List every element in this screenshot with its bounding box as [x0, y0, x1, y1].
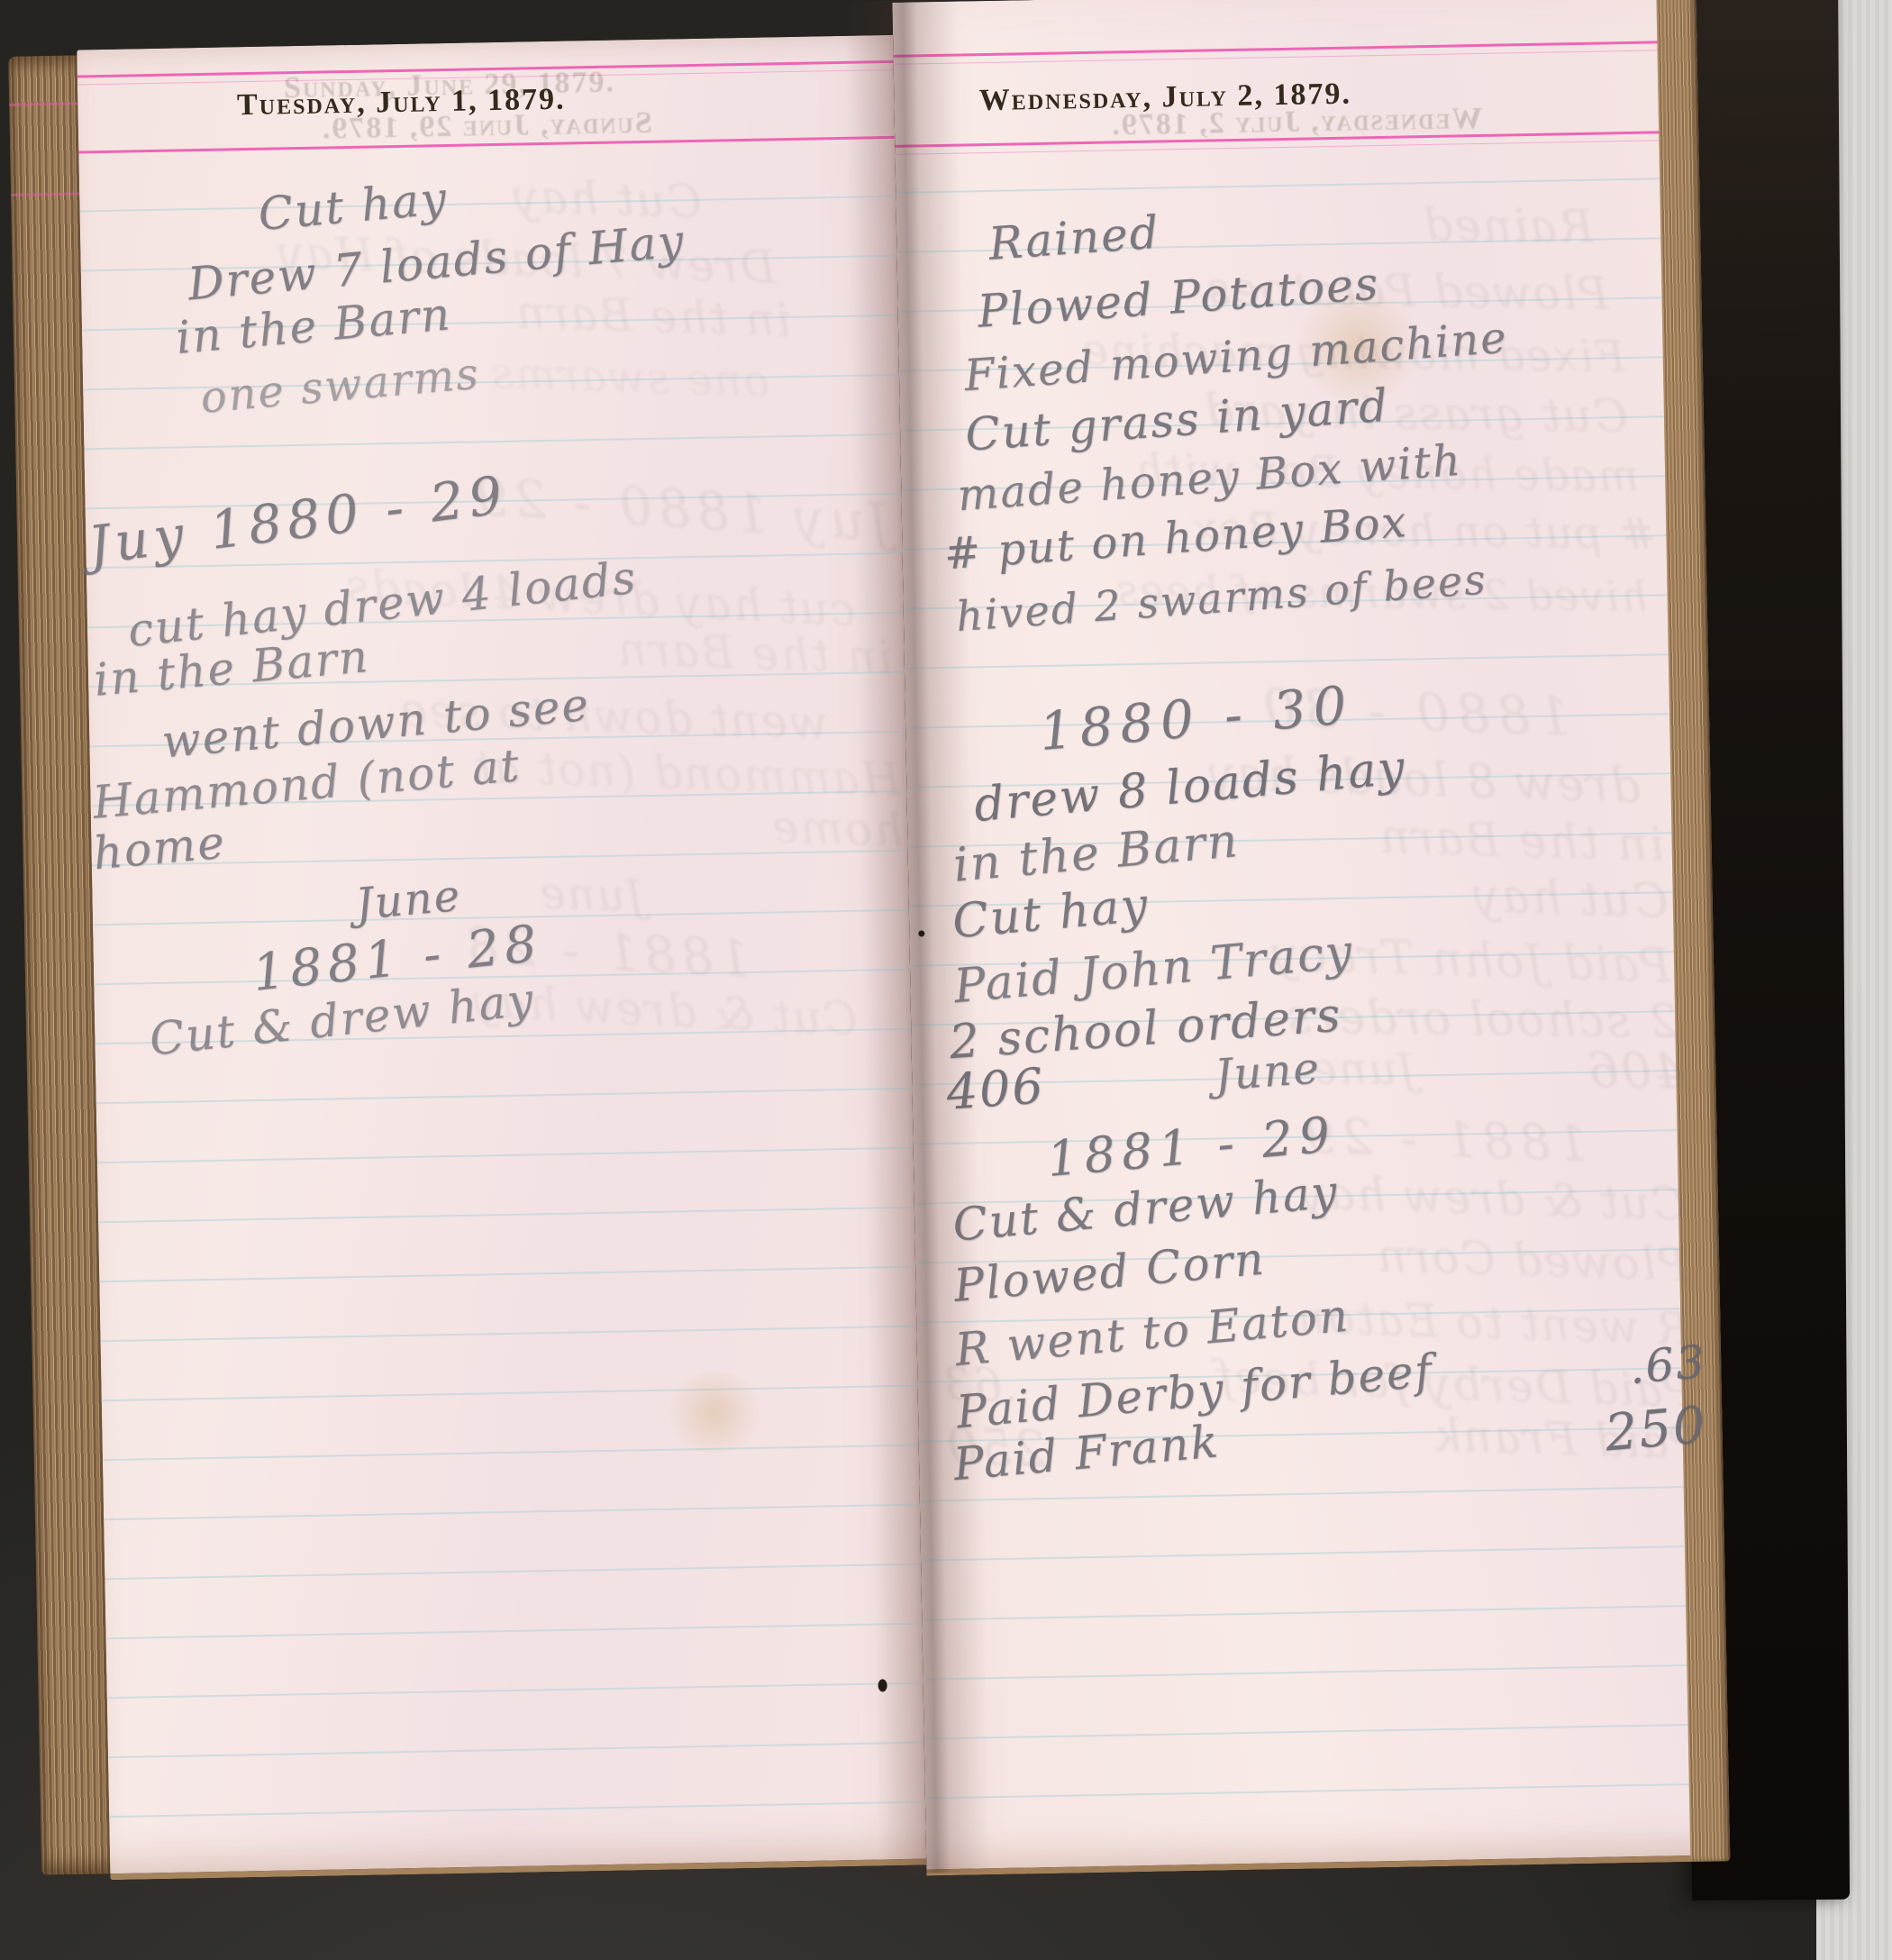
handwritten-line: cut hay drew 4 loads — [125, 552, 640, 658]
handwritten-line: one swarms — [198, 349, 482, 424]
handwriting-right: RainedPlowed PotatoesFixed mowing machin… — [892, 0, 1730, 1870]
handwritten-line: Juy 1880 - 29 — [85, 464, 510, 577]
handwritten-line: Cut hay — [256, 172, 450, 241]
diary-page-right: Wednesday, July 2, 1879. Wednesday, July… — [892, 0, 1730, 1876]
diary-page-left: Sunday, June 29, 1879. Sunday, June 29, … — [77, 35, 926, 1880]
binding-speck — [918, 930, 924, 936]
handwriting-left: Cut hayDrew 7 loads of Hayin the Barnone… — [77, 35, 926, 1873]
handwritten-line: 406 — [944, 1057, 1046, 1121]
handwritten-line: home — [91, 816, 228, 880]
handwritten-line: Rained — [987, 206, 1161, 270]
handwritten-line: June — [1213, 1043, 1322, 1100]
diary-scan: Sunday, June 29, 1879. Sunday, June 29, … — [0, 0, 1892, 1960]
binding-speck — [878, 1679, 887, 1691]
handwritten-line: June — [353, 871, 463, 930]
handwritten-line: 250 — [1603, 1396, 1709, 1463]
diary-book: Sunday, June 29, 1879. Sunday, June 29, … — [1, 0, 1892, 1946]
handwritten-line: .63 — [1627, 1336, 1708, 1394]
